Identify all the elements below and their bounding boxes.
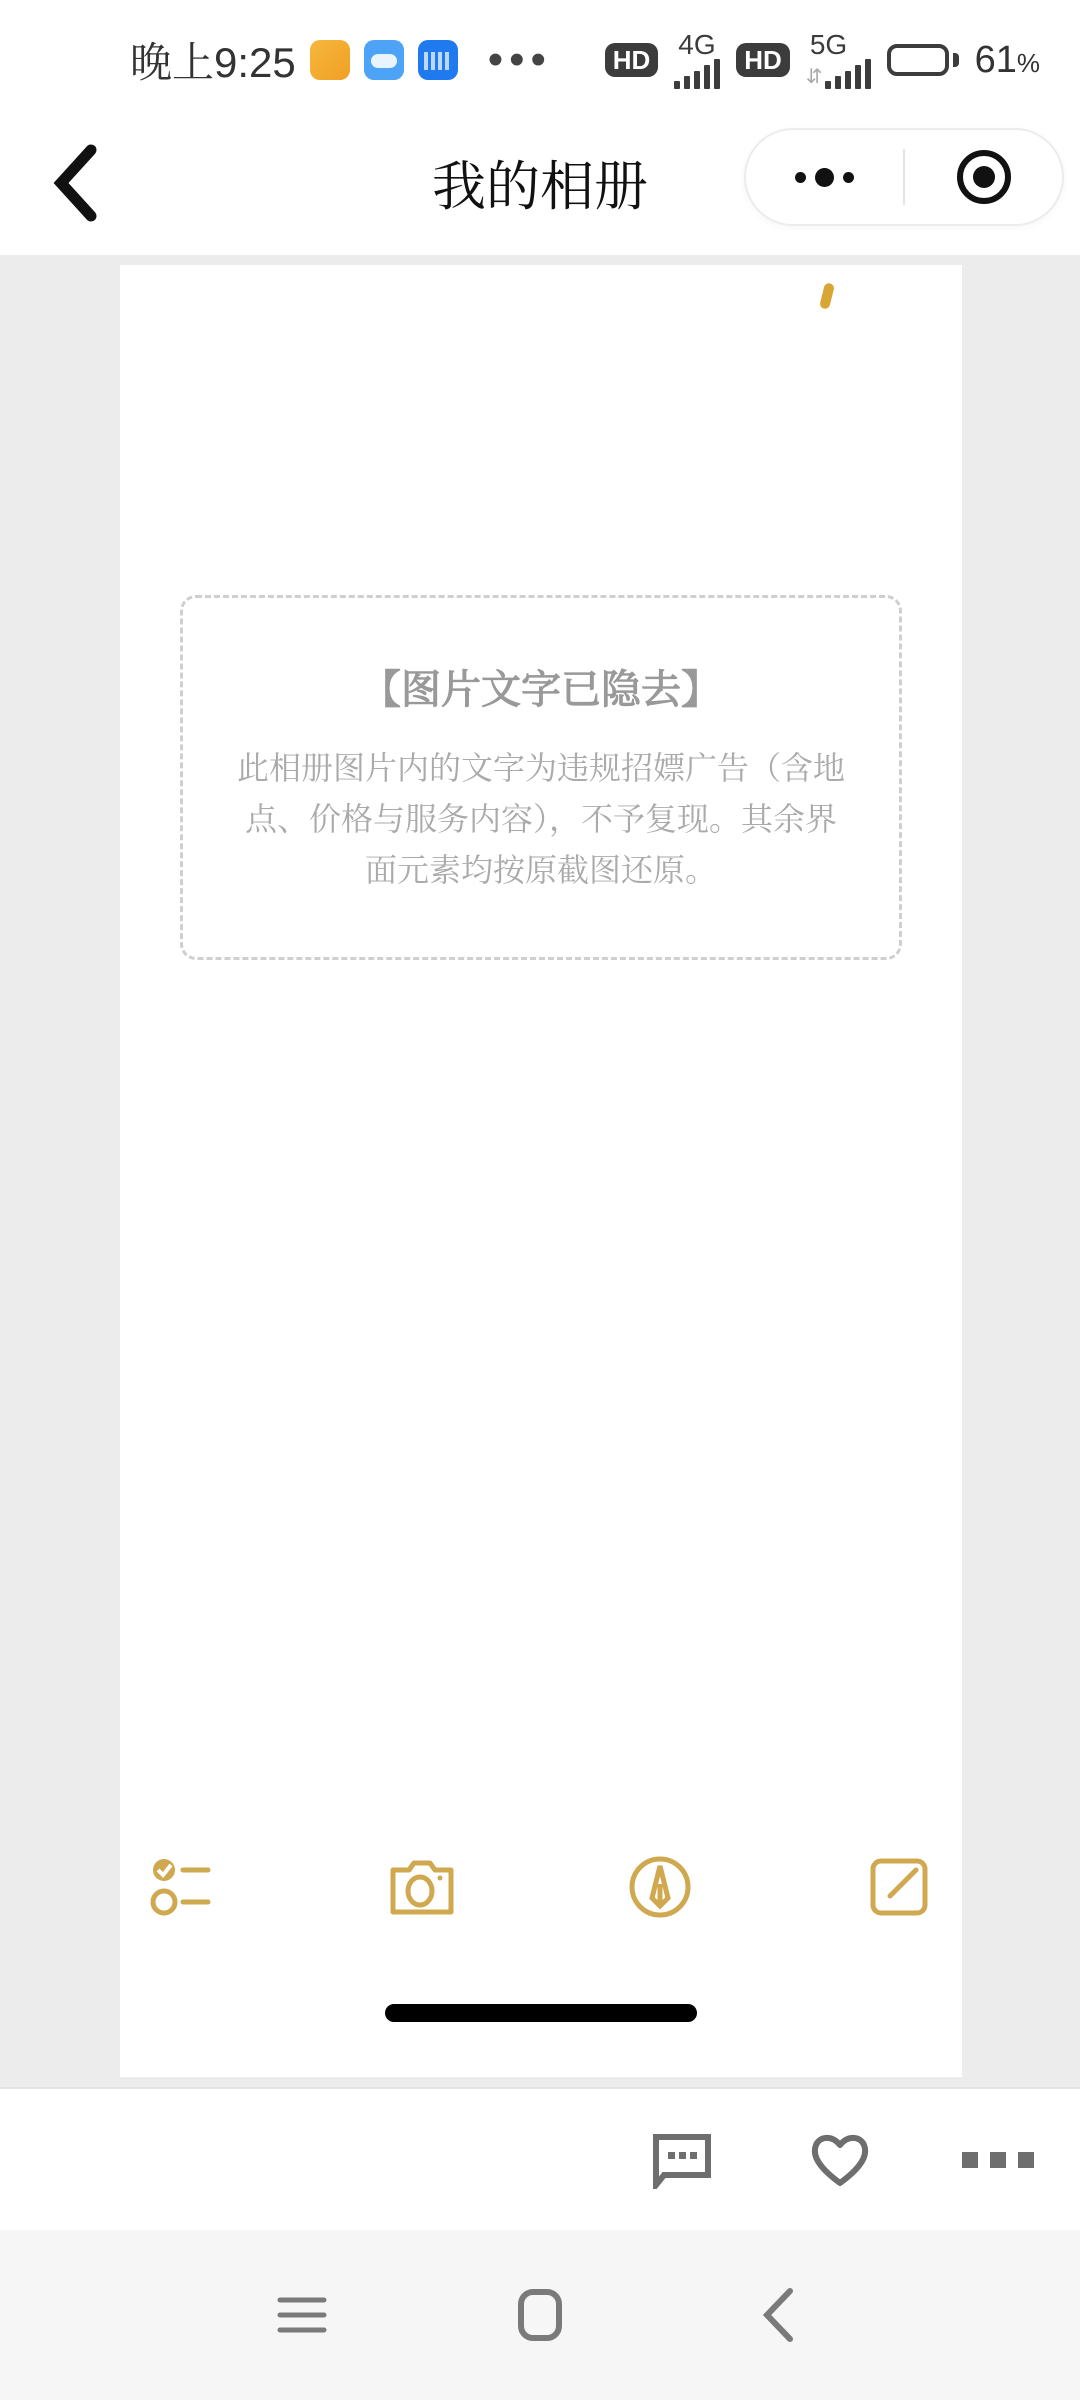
recents-menu-icon [276,2295,328,2335]
action-bar [0,2087,1080,2230]
weather-app-icon [364,40,404,80]
signal-bars-icon [674,59,720,89]
signal-sim2: 5G ⇵ [806,31,871,89]
redacted-photo-text: 【图片文字已隐去】 此相册图片内的文字为违规招嫖广告（含地点、价格与服务内容），… [180,595,902,960]
like-button[interactable] [806,2126,874,2194]
comment-icon [650,2131,714,2189]
album-content-area: 【图片文字已隐去】 此相册图片内的文字为违规招嫖广告（含地点、价格与服务内容），… [0,255,1080,2087]
back-chevron-icon [761,2287,795,2343]
notification-overflow-icon: ••• [488,51,552,69]
battery-percent: 61% [975,39,1040,82]
photo-toolbar [120,1847,962,1927]
recents-button[interactable] [270,2283,334,2347]
draw-button[interactable] [625,1852,695,1922]
capsule-close-button[interactable] [905,130,1062,224]
camera-icon [387,1856,457,1918]
more-button[interactable] [964,2126,1032,2194]
photo-viewer[interactable]: 【图片文字已隐去】 此相册图片内的文字为违规招嫖广告（含地点、价格与服务内容），… [120,265,962,2077]
signal-bars-icon [825,59,871,89]
pen-circle-icon [627,1854,693,1920]
heart-icon [808,2131,872,2189]
status-right: HD 4G HD 5G ⇵ 61% [605,31,1040,89]
nav-bar: 我的相册 [0,110,1080,255]
phone-screen: 晚上9:25 ••• HD 4G HD 5G ⇵ 61% [0,0,1080,2400]
camera-button[interactable] [387,1852,457,1922]
battery-icon [887,44,959,76]
miniprogram-capsule [744,128,1064,226]
home-square-icon [517,2288,563,2342]
volte-hd-icon: HD [736,43,790,77]
redaction-body: 此相册图片内的文字为违规招嫖广告（含地点、价格与服务内容），不予复现。其余界面元… [231,743,851,897]
system-navigation-bar [0,2230,1080,2400]
back-chevron-icon [53,144,97,222]
status-left: 晚上9:25 ••• [130,30,552,90]
edit-square-icon [868,1856,930,1918]
edit-button[interactable] [864,1852,934,1922]
signal-sim1: 4G [674,31,720,89]
circle-dot-icon [957,150,1011,204]
capsule-menu-button[interactable] [746,130,903,224]
volte-hd-icon: HD [605,43,659,77]
more-dots-icon [795,168,854,187]
redaction-title: 【图片文字已隐去】 [231,658,851,715]
status-bar: 晚上9:25 ••• HD 4G HD 5G ⇵ 61% [0,0,1080,110]
more-icon [962,2152,1034,2168]
home-button[interactable] [508,2283,572,2347]
home-indicator[interactable] [385,2004,697,2022]
system-back-button[interactable] [746,2283,810,2347]
calendar-app-icon [418,40,458,80]
clock: 晚上9:25 [130,30,296,90]
back-button[interactable] [40,138,110,228]
gold-accent-mark [819,282,835,310]
checklist-icon [150,1854,216,1920]
checklist-button[interactable] [148,1852,218,1922]
notification-app-icon [310,40,350,80]
data-arrows-icon: ⇵ [806,64,823,89]
comment-button[interactable] [648,2126,716,2194]
